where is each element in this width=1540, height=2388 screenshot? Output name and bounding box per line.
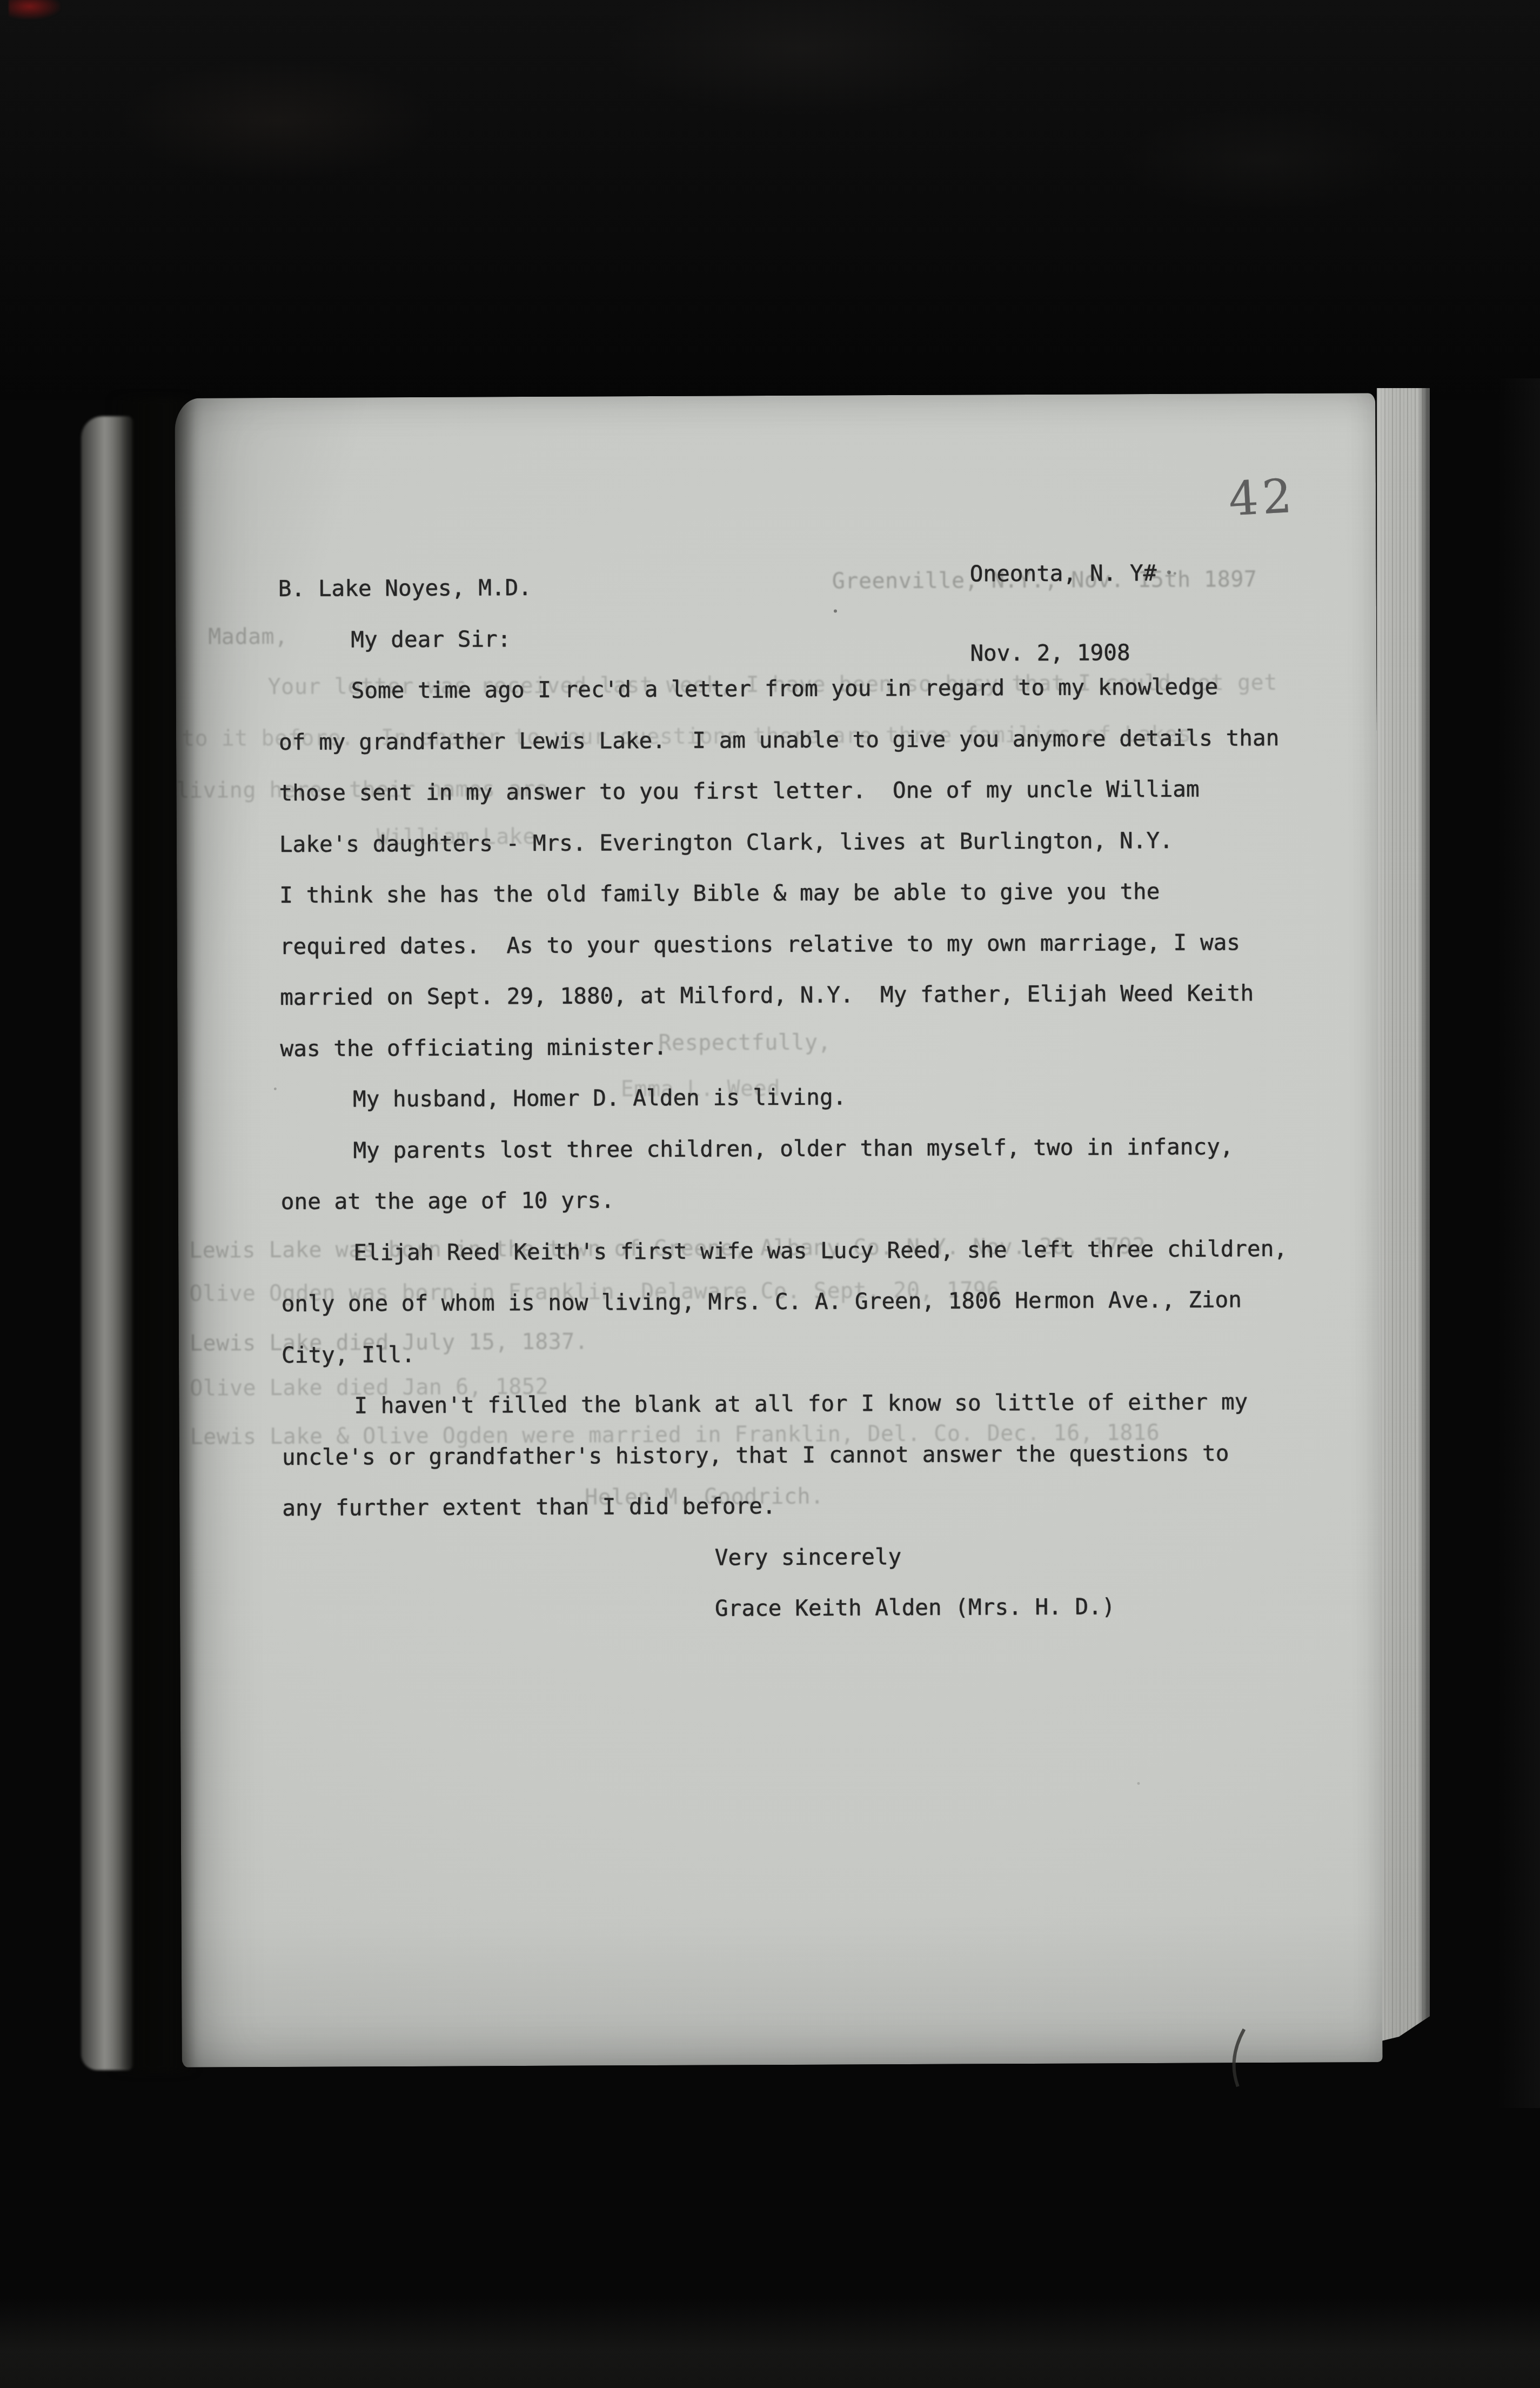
letter-line: Elijah Reed Keith's first wife was Lucy … xyxy=(281,1223,1367,1278)
letter-line: married on Sept. 29, 1880, at Milford, N… xyxy=(280,967,1366,1023)
letter-line: Very sincerely xyxy=(282,1529,1368,1585)
paper-speck xyxy=(834,610,837,613)
letter-line: My husband, Homer D. Alden is living. xyxy=(280,1069,1367,1125)
letter-line: Lake's daughters - Mrs. Everington Clark… xyxy=(279,814,1365,870)
paper-speck xyxy=(274,1088,277,1090)
book-gutter-shadow xyxy=(111,397,197,2073)
letter-line: Some time ago I rec'd a letter from you … xyxy=(278,661,1364,716)
letter-line: any further extent than I did before. xyxy=(282,1478,1368,1533)
photo-canvas: 42 Oneonta, N. Y# Nov. 2, 1908 Greenvill… xyxy=(0,0,1540,2388)
ghost-line: Madam, xyxy=(208,624,288,650)
red-smudge xyxy=(9,0,61,19)
letter-line: was the officiating minister. xyxy=(280,1018,1366,1074)
paper-fiber-curl xyxy=(1219,2026,1274,2088)
letter-line: I think she has the old family Bible & m… xyxy=(279,865,1365,920)
letter-line: My parents lost three children, older th… xyxy=(280,1120,1367,1176)
letter-line: only one of whom is now living, Mrs. C. … xyxy=(281,1273,1367,1329)
letter-line: B. Lake Noyes, M.D. xyxy=(278,558,1364,614)
paper-speck xyxy=(1137,1782,1140,1785)
letter-page: 42 Oneonta, N. Y# Nov. 2, 1908 Greenvill… xyxy=(175,393,1382,2067)
letter-line: uncle's or grandfather's history, that I… xyxy=(282,1427,1368,1483)
letter-line: of my grandfather Lewis Lake. I am unabl… xyxy=(279,712,1365,768)
background-texture xyxy=(0,0,1540,400)
letter-line: My dear Sir: xyxy=(278,610,1364,665)
letter-line: one at the age of 10 yrs. xyxy=(281,1171,1367,1227)
right-page-stack-edge xyxy=(1377,388,1430,2042)
letter-line: Grace Keith Alden (Mrs. H. D.) xyxy=(283,1580,1369,1636)
letter-line: City, Ill. xyxy=(282,1325,1368,1380)
letter-line: required dates. As to your questions rel… xyxy=(279,916,1365,972)
letter-body: B. Lake Noyes, M.D.My dear Sir:Some time… xyxy=(278,558,1369,1636)
background-edge-glow xyxy=(1497,378,1540,2108)
letter-line: those sent in my answer to you first let… xyxy=(279,763,1365,818)
letter-line: I haven't filled the blank at all for I … xyxy=(282,1376,1368,1431)
background-texture-bottom xyxy=(0,2297,1540,2388)
